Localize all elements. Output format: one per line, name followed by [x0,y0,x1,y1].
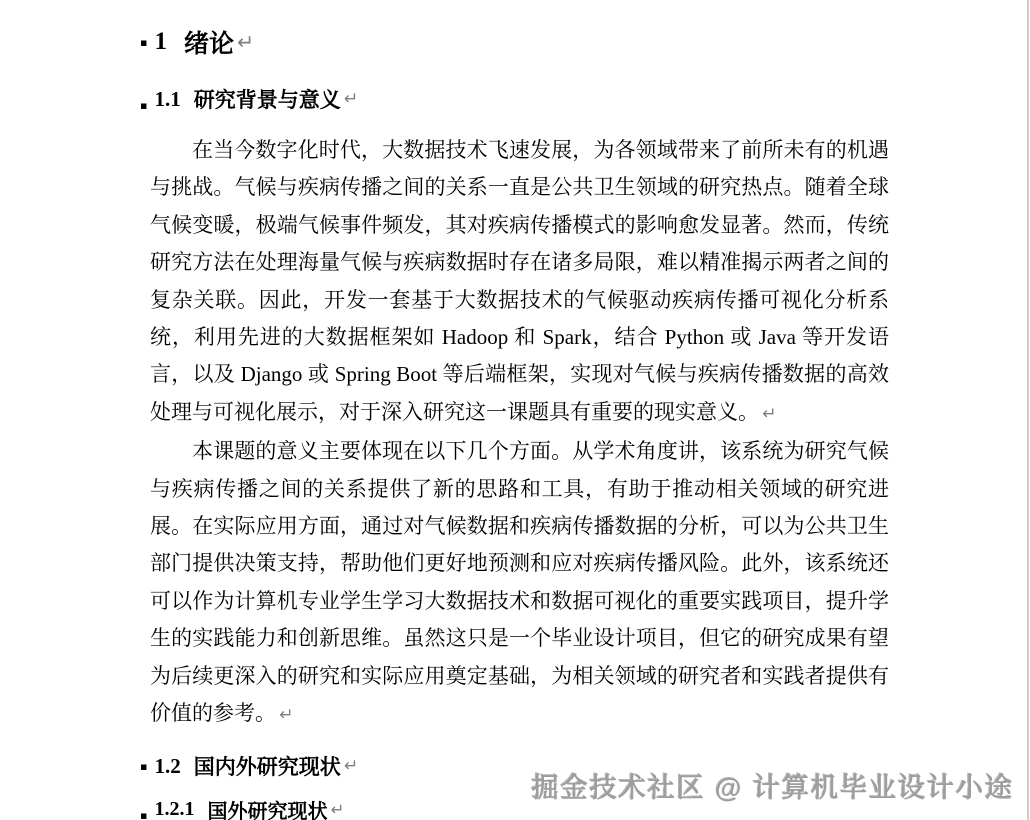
body-paragraph: 本课题的意义主要体现在以下几个方面。从学术角度讲，该系统为研究气候与疾病传播之间… [150,433,889,734]
watermark: 掘金技术社区 @ 计算机毕业设计小途 [532,766,1014,805]
paragraph-mark-icon: ↵ [344,756,358,776]
body-text-block: 在当今数字化时代，大数据技术飞速发展，为各领域带来了前所未有的机遇与挑战。气候与… [150,132,889,735]
paragraph-text: 本课题的意义主要体现在以下几个方面。从学术角度讲，该系统为研究气候与疾病传播之间… [150,439,889,725]
heading-1-1-background: ▪ 1.1 研究背景与意义 ↵ [140,85,358,113]
paragraph-mark-icon: ↵ [237,30,254,54]
paragraph-mark-icon: ↵ [279,705,293,725]
paragraph-mark-icon: ↵ [330,800,344,819]
heading-number: 1 [154,28,167,56]
heading-number: 1.2.1 [154,798,194,820]
heading-bullet-icon: ▪ [140,810,147,820]
paragraph-mark-icon: ↵ [344,89,358,109]
heading-1-intro: ▪ 1 绪论 ↵ [140,26,254,58]
heading-1-2-research-status: ▪ 1.2 国内外研究现状 ↵ [140,752,358,780]
heading-bullet-icon: ▪ [140,37,147,48]
heading-bullet-icon: ▪ [140,761,147,772]
heading-1-2-1-foreign-status: ▪ 1.2.1 国外研究现状 ↵ [140,795,344,820]
heading-title: 绪论 [184,24,234,60]
page-edge-line [1027,0,1029,820]
heading-title: 国内外研究现状 [194,751,341,781]
paragraph-text: 在当今数字化时代，大数据技术飞速发展，为各领域带来了前所未有的机遇与挑战。气候与… [150,138,889,424]
heading-bullet-icon: ▪ [140,100,147,111]
heading-title: 研究背景与意义 [194,84,341,114]
heading-number: 1.1 [154,87,180,112]
heading-number: 1.2 [154,754,180,779]
heading-title: 国外研究现状 [207,795,327,820]
body-paragraph: 在当今数字化时代，大数据技术飞速发展，为各领域带来了前所未有的机遇与挑战。气候与… [150,132,889,433]
paragraph-mark-icon: ↵ [762,404,776,424]
